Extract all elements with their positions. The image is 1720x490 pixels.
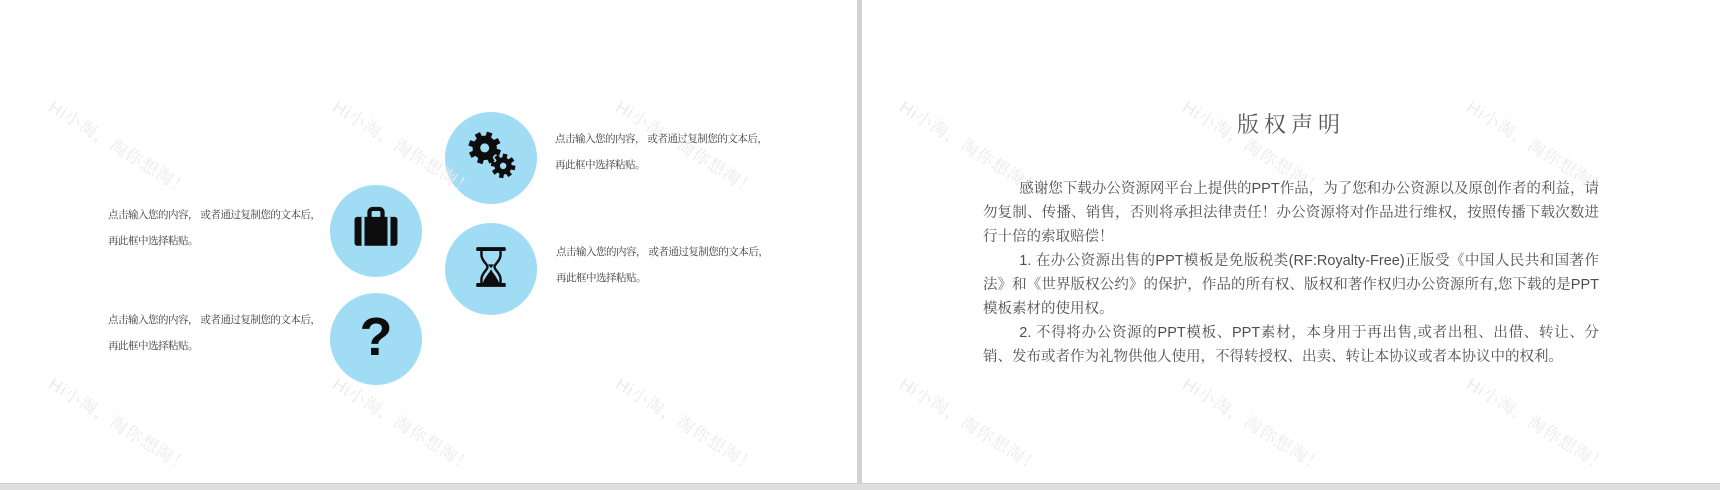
- briefcase-icon: [348, 201, 404, 262]
- placeholder-text-gears: 点击输入您的内容， 或者通过复制您的文本后， 再此框中选择粘贴。: [555, 126, 767, 178]
- copyright-title: 版权声明: [862, 108, 1720, 139]
- placeholder-line: 再此框中选择粘贴。: [556, 265, 768, 291]
- placeholder-line: 点击输入您的内容， 或者通过复制您的文本后，: [108, 202, 320, 228]
- question-icon: ?: [360, 310, 393, 364]
- placeholder-line: 点击输入您的内容， 或者通过复制您的文本后，: [556, 239, 768, 265]
- copyright-body: 感谢您下载办公资源网平台上提供的PPT作品，为了您和办公资源以及原创作者的利益，…: [983, 177, 1599, 369]
- hourglass-icon: [465, 241, 517, 298]
- placeholder-line: 再此框中选择粘贴。: [108, 333, 320, 359]
- gears-circle: [445, 112, 537, 204]
- copyright-paragraph: 感谢您下载办公资源网平台上提供的PPT作品，为了您和办公资源以及原创作者的利益，…: [983, 177, 1599, 249]
- placeholder-line: 点击输入您的内容， 或者通过复制您的文本后，: [108, 307, 320, 333]
- hourglass-circle: [445, 223, 537, 315]
- copyright-paragraph: 2. 不得将办公资源的PPT模板、PPT素材，本身用于再出售,或者出租、出借、转…: [983, 321, 1599, 369]
- slide-left: ? 点击输入您的内容， 或者通过复制您的文本后， 再此框中选择粘贴。 点击输入您…: [0, 0, 857, 483]
- placeholder-line: 再此框中选择粘贴。: [555, 152, 767, 178]
- question-circle: ?: [330, 293, 422, 385]
- bottom-scrollbar-track[interactable]: [0, 483, 1720, 490]
- slides-preview: ? 点击输入您的内容， 或者通过复制您的文本后， 再此框中选择粘贴。 点击输入您…: [0, 0, 1720, 490]
- copyright-paragraph: 1. 在办公资源出售的PPT模板是免版税类(RF:Royalty-Free)正版…: [983, 249, 1599, 321]
- placeholder-text-briefcase: 点击输入您的内容， 或者通过复制您的文本后， 再此框中选择粘贴。: [108, 202, 320, 254]
- placeholder-line: 点击输入您的内容， 或者通过复制您的文本后，: [555, 126, 767, 152]
- slide-right: 版权声明 感谢您下载办公资源网平台上提供的PPT作品，为了您和办公资源以及原创作…: [862, 0, 1720, 483]
- briefcase-circle: [330, 185, 422, 277]
- placeholder-line: 再此框中选择粘贴。: [108, 228, 320, 254]
- gears-icon: [464, 129, 518, 188]
- placeholder-text-question: 点击输入您的内容， 或者通过复制您的文本后， 再此框中选择粘贴。: [108, 307, 320, 359]
- placeholder-text-hourglass: 点击输入您的内容， 或者通过复制您的文本后， 再此框中选择粘贴。: [556, 239, 768, 291]
